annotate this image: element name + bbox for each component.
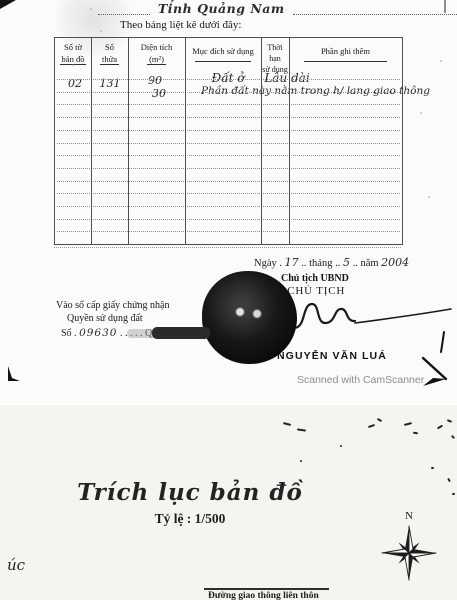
scan-speckle [431, 467, 434, 469]
scan-speckle [413, 432, 418, 435]
table-dotted-line [57, 79, 400, 80]
scan-speckle [377, 418, 382, 422]
camscanner-watermark: Scanned with CamScanner [297, 374, 424, 386]
date-day: 17 [285, 256, 299, 269]
col-header-so-thua: Số thửa [91, 42, 128, 66]
certificate-page: Tỉnh Quảng Nam Theo bảng liệt kê dưới đâ… [0, 0, 457, 402]
date-month: 5 [343, 256, 350, 269]
scan-corner-artifact [0, 0, 16, 9]
table-dotted-line [57, 155, 400, 156]
registry-number-prefix: Số . [61, 328, 77, 339]
registry-line-2: Quyền sử dụng đất [67, 313, 143, 324]
dotted-leader [98, 4, 150, 15]
map-extract-page: Trích lục bản đồ Tỷ lệ : 1/500 N úc Đườn… [0, 405, 457, 600]
date-line: Ngày . 17 .. tháng .. 5 .. năm 2004 [254, 256, 409, 269]
col-header-muc-dich: Mục đích sử dụng [185, 46, 261, 62]
scan-speckle [404, 422, 412, 426]
table-column-divider [128, 38, 129, 244]
col-header-so-to: Số tờ bản đồ [55, 42, 91, 66]
scan-speckle [300, 460, 302, 462]
scan-speckle [100, 30, 102, 32]
date-printed: .. năm [353, 258, 379, 269]
table-dotted-line [57, 168, 400, 169]
table-grid: Số tờ bản đồ Số thửa Diện tích (m²) Mục … [54, 37, 403, 245]
province-line: Tỉnh Quảng Nam [98, 1, 457, 15]
cell-dien-tich-1: 90 [139, 74, 171, 87]
scan-speckle [437, 425, 443, 430]
scan-speckle [340, 445, 342, 447]
scan-speckle [90, 8, 92, 10]
table-dotted-line [57, 231, 400, 232]
registry-number: 09630 [79, 327, 117, 339]
scan-speckle [451, 435, 455, 439]
table-dotted-line [57, 104, 400, 105]
date-printed: Ngày . [254, 258, 282, 269]
intro-text: Theo bảng liệt kê dưới đây: [120, 19, 241, 31]
scan-speckle [62, 58, 64, 60]
table-dotted-line [57, 117, 400, 118]
scan-speckle [420, 112, 422, 114]
scan-speckle [72, 64, 74, 66]
table-dotted-line [57, 193, 400, 194]
scan-speckle [283, 422, 291, 426]
col-header-dien-tich: Diện tích (m²) [128, 42, 185, 66]
compass-north-label: N [405, 510, 413, 522]
registry-line-1: Vào sổ cấp giấy chứng nhận [56, 300, 169, 311]
scan-speckle [447, 478, 451, 482]
map-scale: Tỷ lệ : 1/500 [55, 511, 325, 527]
cell-thoi-han: Lâu dài [257, 71, 317, 85]
table-dotted-line [57, 130, 400, 131]
scan-speckle [452, 493, 455, 495]
col-header-ghi-them: Phần ghi thêm [289, 46, 402, 62]
compass-rose: N [372, 508, 442, 582]
table-dotted-line [57, 206, 400, 207]
road-label: Đường giao thông liên thôn [208, 591, 319, 600]
table-dotted-line [57, 143, 400, 144]
table-column-divider [289, 38, 290, 244]
table-dotted-line [57, 219, 400, 220]
redaction-smear [152, 327, 210, 339]
date-printed: .. tháng .. [301, 258, 340, 269]
cell-dien-tich-2: 30 [143, 87, 175, 100]
cut-off-text-fragment: úc [7, 556, 25, 574]
road-symbol-line [204, 588, 329, 590]
cell-muc-dich: Đất ở [203, 71, 253, 85]
table-column-divider [185, 38, 186, 244]
province-name: Tỉnh Quảng Nam [158, 3, 285, 15]
dotted-leader [293, 4, 457, 15]
table-column-divider [261, 38, 262, 244]
scan-speckle [440, 60, 442, 62]
scan-speckle [447, 419, 452, 423]
scan-speckle [297, 428, 306, 431]
scan-speckle [428, 196, 430, 198]
map-title: Trích lục bản đồ [55, 479, 325, 506]
redacted-stamp [202, 271, 297, 364]
official-name: NGUYỄN VĂN LUÁ [277, 350, 387, 362]
ink-blot-artifact [4, 366, 20, 382]
table-dotted-line [57, 92, 400, 93]
scan-speckle [368, 424, 375, 428]
table-column-divider [91, 38, 92, 244]
table-dotted-line [54, 247, 401, 248]
scanned-document: Tỉnh Quảng Nam Theo bảng liệt kê dưới đâ… [0, 0, 457, 600]
table-dotted-line [57, 181, 400, 182]
date-year: 2004 [381, 256, 409, 269]
